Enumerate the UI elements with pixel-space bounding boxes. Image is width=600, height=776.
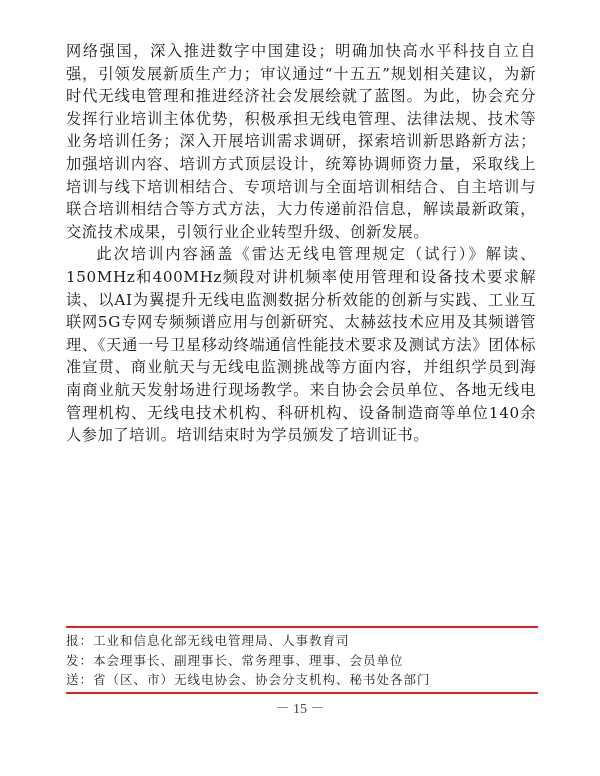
send-to-line: 发：本会理事长、副理事长、常务理事、理事、会员单位 [66, 651, 538, 671]
paragraph-continuation: 网络强国，深入推进数字中国建设；明确加快高水平科技自立自强，引领发展新质生产力；… [66, 40, 536, 243]
red-divider-top [66, 626, 538, 628]
document-body: 网络强国，深入推进数字中国建设；明确加快高水平科技自立自强，引领发展新质生产力；… [66, 40, 536, 447]
red-divider-bottom [66, 692, 538, 694]
report-to-line: 报：工业和信息化部无线电管理局、人事教育司 [66, 631, 538, 651]
paragraph-training-content: 此次培训内容涵盖《雷达无线电管理规定（试行）》解读、150MHz和400MHz频… [66, 243, 536, 446]
deliver-to-line: 送：省（区、市）无线电协会、协会分支机构、秘书处各部门 [66, 670, 538, 690]
page-number: － 15 － [0, 698, 600, 718]
distribution-list: 报：工业和信息化部无线电管理局、人事教育司 发：本会理事长、副理事长、常务理事、… [66, 631, 538, 690]
